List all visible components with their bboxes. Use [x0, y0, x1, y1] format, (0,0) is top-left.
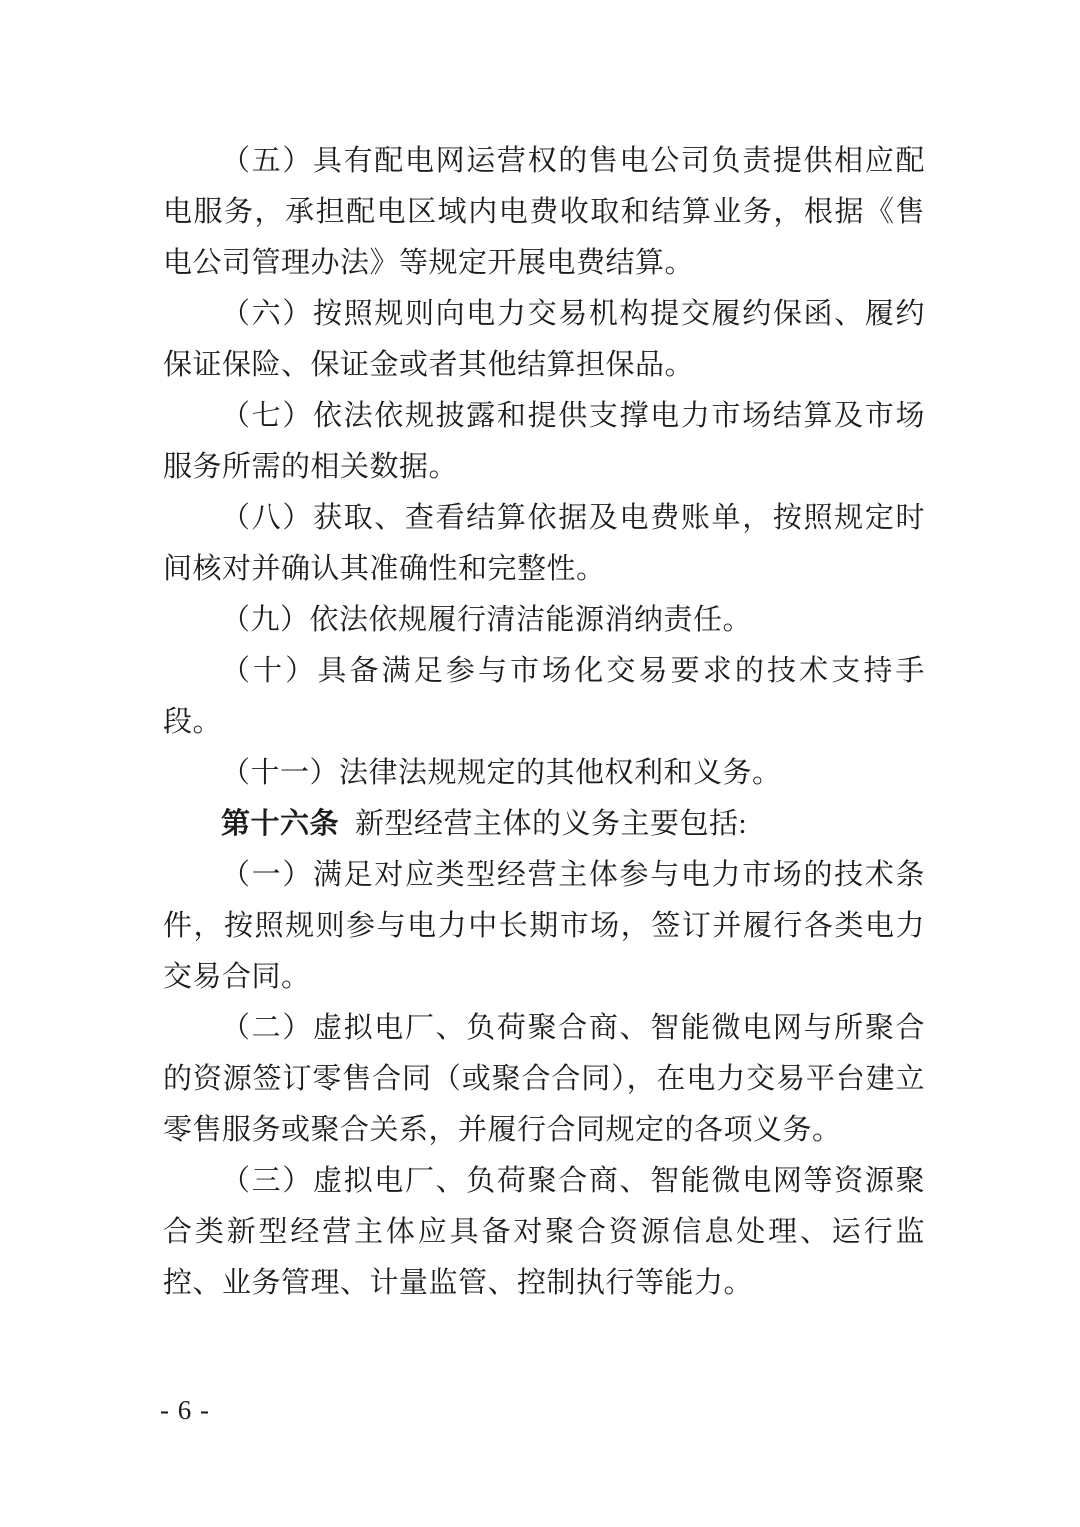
page-number: - 6 -	[160, 1393, 210, 1427]
document-body: （五）具有配电网运营权的售电公司负责提供相应配电服务，承担配电区域内电费收取和结…	[163, 136, 925, 1309]
paragraph: （五）具有配电网运营权的售电公司负责提供相应配电服务，承担配电区域内电费收取和结…	[163, 136, 925, 289]
article-title-text: 新型经营主体的义务主要包括:	[355, 808, 747, 840]
paragraph: （二）虚拟电厂、负荷聚合商、智能微电网与所聚合的资源签订零售合同（或聚合合同），…	[163, 1003, 925, 1156]
paragraph: （十一）法律法规规定的其他权利和义务。	[163, 748, 925, 799]
paragraph: （十）具备满足参与市场化交易要求的技术支持手段。	[163, 646, 925, 748]
paragraph: （七）依法依规披露和提供支撑电力市场结算及市场服务所需的相关数据。	[163, 391, 925, 493]
document-page: （五）具有配电网运营权的售电公司负责提供相应配电服务，承担配电区域内电费收取和结…	[0, 0, 1080, 1527]
paragraph: （三）虚拟电厂、负荷聚合商、智能微电网等资源聚合类新型经营主体应具备对聚合资源信…	[163, 1156, 925, 1309]
paragraph-article-16: 第十六条新型经营主体的义务主要包括:	[163, 799, 925, 850]
paragraph: （六）按照规则向电力交易机构提交履约保函、履约保证保险、保证金或者其他结算担保品…	[163, 289, 925, 391]
article-number: 第十六条	[221, 808, 339, 840]
paragraph: （一）满足对应类型经营主体参与电力市场的技术条件，按照规则参与电力中长期市场，签…	[163, 850, 925, 1003]
paragraph: （八）获取、查看结算依据及电费账单，按照规定时间核对并确认其准确性和完整性。	[163, 493, 925, 595]
paragraph: （九）依法依规履行清洁能源消纳责任。	[163, 595, 925, 646]
